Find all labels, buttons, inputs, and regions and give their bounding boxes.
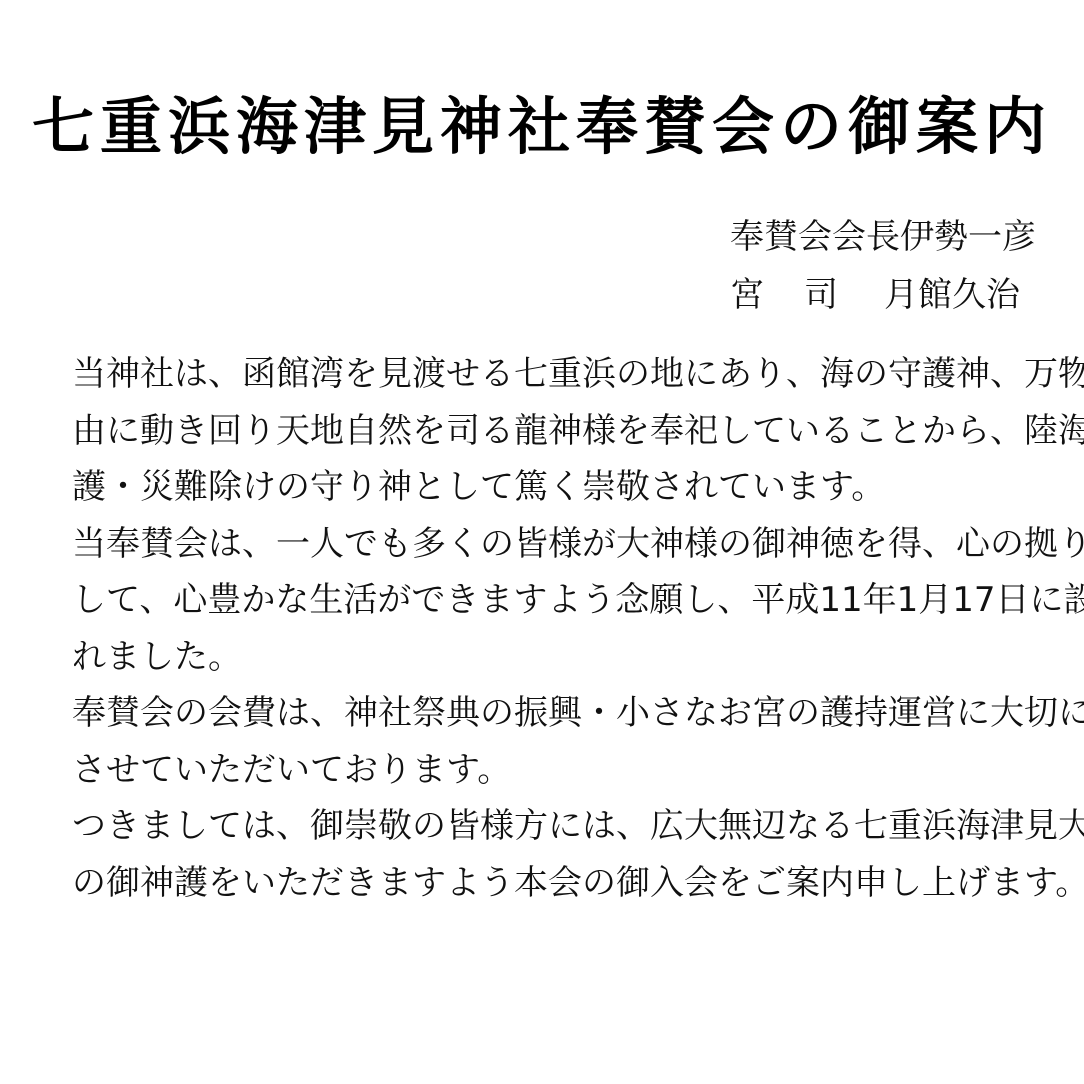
text-line: させていただいております。 — [72, 742, 1018, 799]
text-line: 由に動き回り天地自然を司る龍神様を奉祀していることから、陸海空守 — [72, 403, 1018, 460]
signature-block: 奉賛会会長 伊勢一彦 宮司 月館久治 — [730, 208, 1020, 324]
text-line: 護・災難除けの守り神として篤く崇敬されています。 — [72, 459, 1018, 516]
signature-row-president: 奉賛会会長 伊勢一彦 — [730, 208, 1020, 266]
text-line: 当神社は、函館湾を見渡せる七重浜の地にあり、海の守護神、万物を自 — [72, 346, 1018, 403]
signature-role: 宮司 — [730, 266, 878, 324]
document-body: 当神社は、函館湾を見渡せる七重浜の地にあり、海の守護神、万物を自 由に動き回り天… — [72, 346, 1018, 911]
paragraph-membership-fees: 奉賛会の会費は、神社祭典の振興・小さなお宮の護持運営に大切に活用 させていただい… — [72, 685, 1018, 798]
signature-role: 奉賛会会長 — [730, 208, 900, 266]
text-line: つきましては、御崇敬の皆様方には、広大無辺なる七重浜海津見大神様 — [72, 798, 1018, 855]
paragraph-association-founding: 当奉賛会は、一人でも多くの皆様が大神様の御神徳を得、心の拠り所と して、心豊かな… — [72, 516, 1018, 686]
text-line: れました。 — [72, 629, 1018, 686]
text-line: して、心豊かな生活ができますよう念願し、平成11年1月17日に設立さ — [72, 572, 1018, 629]
signature-name: 月館久治 — [884, 266, 1020, 324]
signature-row-priest: 宮司 月館久治 — [730, 266, 1020, 324]
signature-name: 伊勢一彦 — [900, 208, 1036, 266]
text-line: 当奉賛会は、一人でも多くの皆様が大神様の御神徳を得、心の拠り所と — [72, 516, 1018, 573]
text-line: の御神護をいただきますよう本会の御入会をご案内申し上げます。 — [72, 855, 1018, 912]
paragraph-shrine-intro: 当神社は、函館湾を見渡せる七重浜の地にあり、海の守護神、万物を自 由に動き回り天… — [72, 346, 1018, 516]
paragraph-invitation: つきましては、御崇敬の皆様方には、広大無辺なる七重浜海津見大神様 の御神護をいた… — [72, 798, 1018, 911]
document-title: 七重浜海津見神社奉賛会の御案内 — [0, 82, 1084, 172]
text-line: 奉賛会の会費は、神社祭典の振興・小さなお宮の護持運営に大切に活用 — [72, 685, 1018, 742]
